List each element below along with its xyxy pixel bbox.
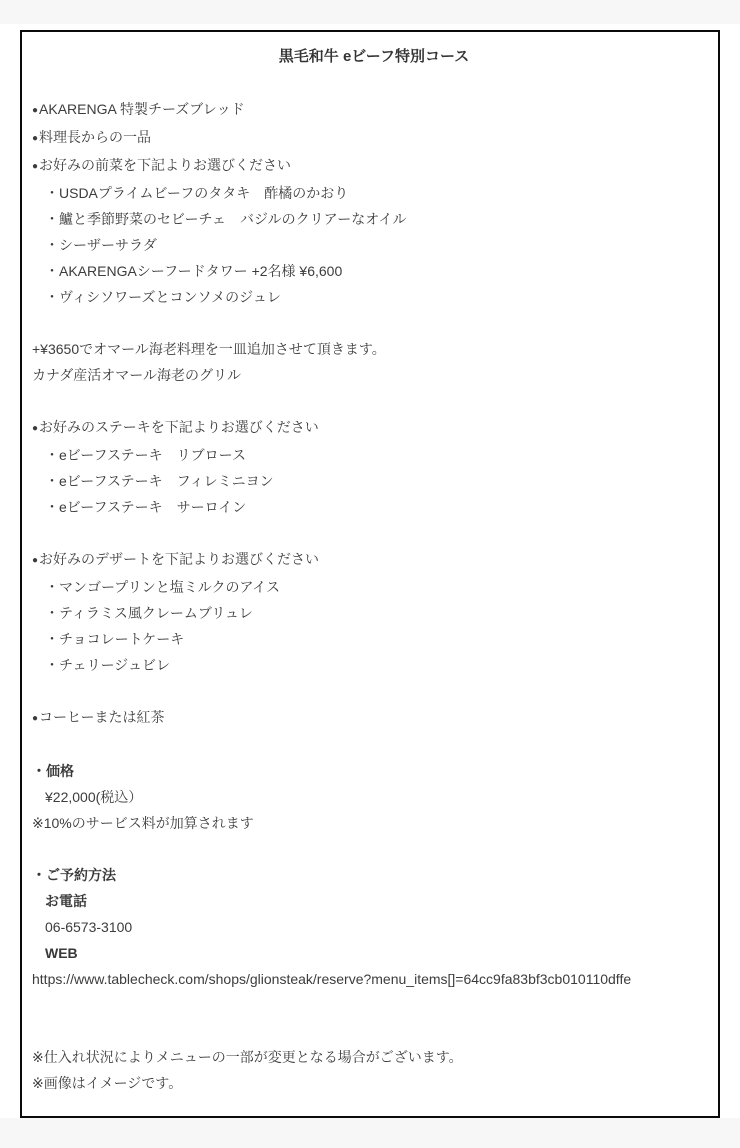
phone-label: お電話	[32, 888, 716, 914]
bullet-icon: ●	[32, 555, 39, 566]
dessert-heading: ●お好みのデザートを下記よりお選びください	[32, 546, 716, 574]
dessert-option: ・マンゴープリンと塩ミルクのアイス	[32, 574, 716, 600]
appetizer-option: ・シーザーサラダ	[32, 232, 716, 258]
reservation-url: https://www.tablecheck.com/shops/glionst…	[32, 966, 716, 992]
image-disclaimer-note: ※画像はイメージです。	[32, 1070, 716, 1096]
dessert-option: ・チョコレートケーキ	[32, 626, 716, 652]
bullet-icon: ●	[32, 161, 39, 172]
lobster-addon-note: +¥3650でオマール海老料理を一皿追加させて頂きます。	[32, 336, 716, 362]
bullet-icon: ●	[32, 423, 39, 434]
chef-dish-item: ●料理長からの一品	[32, 124, 716, 152]
steak-option: ・eビーフステーキ サーロイン	[32, 494, 716, 520]
steak-heading-label: お好みのステーキを下記よりお選びください	[39, 419, 319, 435]
price-heading: ・価格	[32, 758, 716, 784]
bullet-icon: ●	[32, 133, 39, 144]
menu-title: 黒毛和牛 eビーフ特別コース	[32, 44, 716, 70]
dessert-option: ・チェリージュビレ	[32, 652, 716, 678]
appetizer-option: ・USDAプライムビーフのタタキ 酢橘のかおり	[32, 180, 716, 206]
bread-item: ●AKARENGA 特製チーズブレッド	[32, 96, 716, 124]
price-value: ¥22,000(税込）	[32, 784, 716, 810]
appetizer-option: ・鱸と季節野菜のセビーチェ バジルのクリアーなオイル	[32, 206, 716, 232]
steak-option: ・eビーフステーキ リブロース	[32, 442, 716, 468]
reservation-heading: ・ご予約方法	[32, 862, 716, 888]
web-label: WEB	[32, 940, 716, 966]
dessert-option: ・ティラミス風クレームブリュレ	[32, 600, 716, 626]
lobster-dish: カナダ産活オマール海老のグリル	[32, 362, 716, 388]
chef-dish-label: 料理長からの一品	[39, 129, 151, 145]
coffee-item-label: コーヒーまたは紅茶	[39, 709, 164, 725]
appetizer-option: ・ヴィシソワーズとコンソメのジュレ	[32, 284, 716, 310]
bread-item-label: AKARENGA 特製チーズブレッド	[39, 101, 245, 117]
phone-number: 06-6573-3100	[32, 914, 716, 940]
bullet-icon: ●	[32, 713, 39, 724]
appetizer-heading: ●お好みの前菜を下記よりお選びください	[32, 152, 716, 180]
bullet-icon: ●	[32, 105, 39, 116]
dessert-heading-label: お好みのデザートを下記よりお選びください	[39, 551, 319, 567]
menu-change-note: ※仕入れ状況によりメニューの一部が変更となる場合がございます。	[32, 1044, 716, 1070]
appetizer-option: ・AKARENGAシーフードタワー +2名様 ¥6,600	[32, 258, 716, 284]
course-menu-card: 黒毛和牛 eビーフ特別コース ●AKARENGA 特製チーズブレッド ●料理長か…	[20, 30, 720, 1118]
coffee-item: ●コーヒーまたは紅茶	[32, 704, 716, 732]
steak-option: ・eビーフステーキ フィレミニヨン	[32, 468, 716, 494]
appetizer-heading-label: お好みの前菜を下記よりお選びください	[39, 157, 291, 173]
service-charge-note: ※10%のサービス料が加算されます	[32, 810, 716, 836]
steak-heading: ●お好みのステーキを下記よりお選びください	[32, 414, 716, 442]
